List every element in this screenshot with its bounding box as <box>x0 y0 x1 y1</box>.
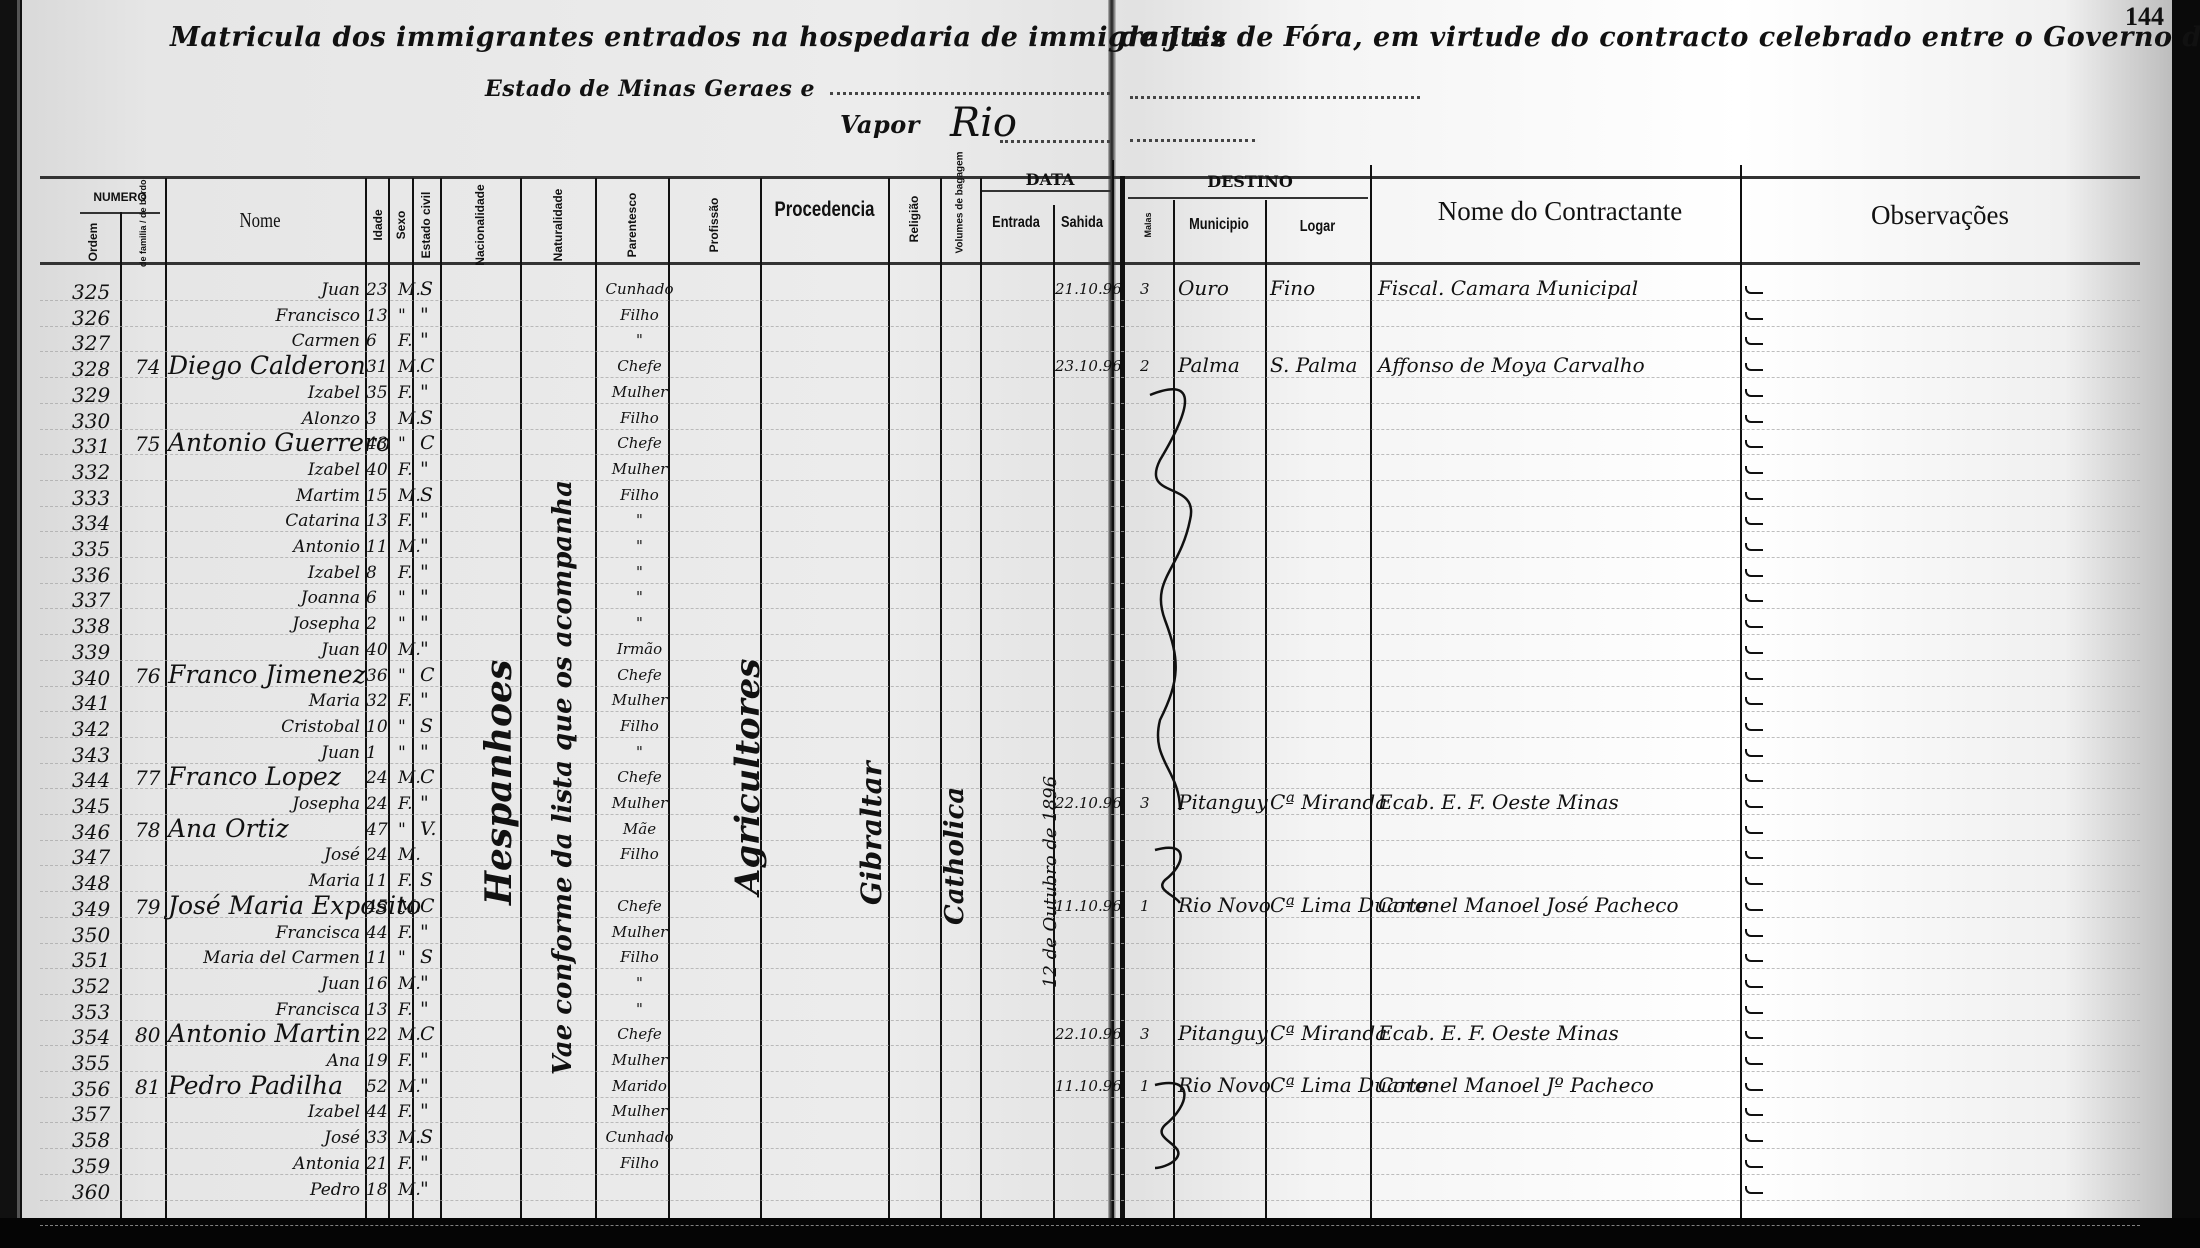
idade-cell: 13 <box>366 1002 392 1019</box>
header-parentesco: Parentesco <box>625 175 639 275</box>
check-mark-icon <box>1745 1134 1763 1142</box>
ordem-cell: 342 <box>72 719 110 739</box>
idade-cell: 21 <box>366 1156 392 1173</box>
estado-civil-cell: " <box>420 1000 440 1019</box>
page-left-edge <box>0 0 22 1248</box>
check-mark-icon <box>1745 1057 1763 1065</box>
sexo-cell: M. <box>398 770 418 787</box>
estado-civil-cell: V. <box>420 820 440 839</box>
nome-cell: Pedro <box>110 1182 360 1199</box>
header-bottom-rule <box>40 262 2140 265</box>
annotation-nacionalidade: Hespanhoes <box>478 660 520 905</box>
estado-civil-cell: S <box>420 1128 440 1147</box>
vapor-label: Vapor <box>840 110 920 139</box>
header-nacionalidade: Nacionalidade <box>473 175 487 275</box>
ordem-cell: 350 <box>72 925 110 945</box>
check-mark-icon <box>1745 1160 1763 1168</box>
estado-civil-cell: " <box>420 974 440 993</box>
parentesco-cell: " <box>602 616 677 631</box>
idade-cell: 40 <box>366 642 392 659</box>
idade-cell: 36 <box>366 668 392 685</box>
idade-cell: 19 <box>366 1053 392 1070</box>
sexo-cell: F. <box>398 693 418 710</box>
vapor-line-2 <box>1130 139 1255 142</box>
ordem-cell: 340 <box>72 668 110 688</box>
sahida-date-cell: 23.10.96 <box>1055 359 1122 374</box>
ordem-cell: 352 <box>72 976 110 996</box>
parentesco-cell: Chefe <box>602 770 677 785</box>
ruled-line <box>40 1225 2140 1226</box>
nome-cell: Francisco <box>110 308 360 325</box>
municipio-cell: Ouro <box>1178 278 1229 298</box>
sexo-cell: F. <box>398 513 418 530</box>
estado-civil-cell: " <box>420 1077 440 1096</box>
idade-cell: 2 <box>366 616 392 633</box>
sahida-date-cell: 11.10.96 <box>1055 899 1122 914</box>
estado-civil-cell: " <box>420 743 440 762</box>
parentesco-cell: Filho <box>602 950 677 965</box>
vapor-line <box>1000 140 1110 143</box>
sexo-cell: F. <box>398 385 418 402</box>
check-mark-icon <box>1745 1186 1763 1194</box>
nome-cell: Francisca <box>110 1002 360 1019</box>
parentesco-cell: " <box>602 590 677 605</box>
nome-cell: Alonzo <box>110 411 360 428</box>
check-mark-icon <box>1745 800 1763 808</box>
estado-civil-cell: S <box>420 717 440 736</box>
malas-cell: 1 <box>1140 1079 1150 1094</box>
logar-cell: Cª Miranda <box>1270 1023 1387 1043</box>
check-mark-icon <box>1745 415 1763 423</box>
ruled-line <box>40 865 2140 866</box>
ruled-line <box>40 557 2140 558</box>
ruled-line <box>40 1174 2140 1175</box>
parentesco-cell: Chefe <box>602 359 677 374</box>
ruled-line <box>40 326 2140 327</box>
estado-civil-cell: " <box>420 640 440 659</box>
idade-cell: 44 <box>366 925 392 942</box>
idade-cell: 33 <box>366 1130 392 1147</box>
header-logar: Logar <box>1276 218 1360 236</box>
parentesco-cell: Mulher <box>602 925 677 940</box>
col-divider <box>980 178 982 1218</box>
sexo-cell: F. <box>398 565 418 582</box>
nome-cell: Cristobal <box>110 719 360 736</box>
ordem-cell: 344 <box>72 770 110 790</box>
sexo-cell: F. <box>398 925 418 942</box>
check-mark-icon <box>1745 517 1763 525</box>
check-mark-icon <box>1745 1031 1763 1039</box>
sexo-cell: F. <box>398 796 418 813</box>
contractante-cell: Ecab. E. F. Oeste Minas <box>1378 1023 1619 1043</box>
check-mark-icon <box>1745 466 1763 474</box>
check-mark-icon <box>1745 851 1763 859</box>
check-mark-icon <box>1745 620 1763 628</box>
parentesco-cell: Filho <box>602 411 677 426</box>
header-sexo: Sexo <box>394 195 408 255</box>
familia-cell: 81 <box>135 1077 160 1097</box>
parentesco-cell: Filho <box>602 1156 677 1171</box>
check-mark-icon <box>1745 440 1763 448</box>
estado-civil-cell: " <box>420 1180 440 1199</box>
col-divider <box>1112 160 1114 1218</box>
parentesco-cell: Filho <box>602 847 677 862</box>
ordem-cell: 343 <box>72 745 110 765</box>
sexo-cell: " <box>398 308 418 325</box>
familia-cell: 75 <box>135 434 160 454</box>
familia-cell: 77 <box>135 768 160 788</box>
check-mark-icon <box>1745 286 1763 294</box>
header-naturalidade: Naturalidade <box>551 175 565 275</box>
col-divider <box>520 178 522 1218</box>
destino-subrule <box>1128 197 1368 199</box>
ordem-cell: 345 <box>72 796 110 816</box>
idade-cell: 13 <box>366 513 392 530</box>
ordem-cell: 327 <box>72 333 110 353</box>
idade-cell: 24 <box>366 770 392 787</box>
ruled-line <box>40 531 2140 532</box>
ruled-line <box>40 1122 2140 1123</box>
data-subrule <box>982 190 1112 192</box>
parentesco-cell: " <box>602 333 677 348</box>
check-mark-icon <box>1745 1108 1763 1116</box>
ordem-cell: 356 <box>72 1079 110 1099</box>
nome-cell: Francisca <box>110 925 360 942</box>
sexo-cell: F. <box>398 1053 418 1070</box>
header-volumes: Volumes de bagagem <box>955 174 966 254</box>
logar-cell: Cª Miranda <box>1270 792 1387 812</box>
parentesco-cell: Irmão <box>602 642 677 657</box>
check-mark-icon <box>1745 903 1763 911</box>
familia-cell: 80 <box>135 1025 160 1045</box>
ordem-cell: 347 <box>72 847 110 867</box>
nome-cell: Franco Jimenez <box>168 662 368 687</box>
ruled-line <box>40 583 2140 584</box>
sexo-cell: M. <box>398 411 418 428</box>
familia-cell: 79 <box>135 897 160 917</box>
nome-cell: Izabel <box>110 565 360 582</box>
page-bottom-edge <box>0 1218 2200 1248</box>
ruled-line <box>40 711 2140 712</box>
sexo-cell: F. <box>398 462 418 479</box>
sexo-cell: M. <box>398 1079 418 1096</box>
estado-civil-cell: " <box>420 383 440 402</box>
familia-cell: 78 <box>135 820 160 840</box>
ruled-line <box>40 943 2140 944</box>
nome-cell: Juan <box>110 282 360 299</box>
nome-cell: Izabel <box>110 1104 360 1121</box>
nome-cell: Antonia <box>110 1156 360 1173</box>
parentesco-cell: Chefe <box>602 668 677 683</box>
parentesco-cell: Cunhado <box>602 1130 677 1145</box>
check-mark-icon <box>1745 492 1763 500</box>
ordem-cell: 333 <box>72 488 110 508</box>
header-idade: Idade <box>371 195 385 255</box>
col-divider <box>888 178 890 1218</box>
ordem-cell: 357 <box>72 1104 110 1124</box>
estado-civil-cell: S <box>420 948 440 967</box>
nome-cell: Juan <box>110 642 360 659</box>
check-mark-icon <box>1745 569 1763 577</box>
estado-civil-cell: C <box>420 434 440 453</box>
estado-civil-cell: " <box>420 563 440 582</box>
check-mark-icon <box>1745 954 1763 962</box>
nome-cell: Ana <box>110 1053 360 1070</box>
ruled-line <box>40 480 2140 481</box>
nome-cell: Josepha <box>110 616 360 633</box>
idade-cell: 11 <box>366 539 392 556</box>
malas-cell: 2 <box>1140 359 1150 374</box>
sexo-cell: " <box>398 745 418 762</box>
parentesco-cell: " <box>602 745 677 760</box>
contractante-cell: Coronel Manoel Jº Pacheco <box>1378 1075 1654 1095</box>
nome-cell: Joanna <box>110 590 360 607</box>
sexo-cell: " <box>398 616 418 633</box>
parentesco-cell: " <box>602 513 677 528</box>
check-mark-icon <box>1745 389 1763 397</box>
ordem-cell: 336 <box>72 565 110 585</box>
sexo-cell: M. <box>398 1130 418 1147</box>
estado-civil-cell: " <box>420 1102 440 1121</box>
ruled-line <box>40 634 2140 635</box>
nome-cell: Izabel <box>110 462 360 479</box>
municipio-cell: Palma <box>1178 355 1240 375</box>
sexo-cell: M. <box>398 847 418 864</box>
estado-civil-cell: C <box>420 1025 440 1044</box>
col-divider <box>595 178 597 1218</box>
ordem-cell: 360 <box>72 1182 110 1202</box>
ordem-cell: 341 <box>72 693 110 713</box>
parentesco-cell: Mulher <box>602 693 677 708</box>
ruled-line <box>40 403 2140 404</box>
idade-cell: 31 <box>366 359 392 376</box>
header-sahida: Sahida <box>1059 214 1105 232</box>
nome-cell: Maria <box>110 693 360 710</box>
estado-civil-cell: " <box>420 588 440 607</box>
logar-cell: S. Palma <box>1270 355 1357 375</box>
idade-cell: 23 <box>366 282 392 299</box>
header-religiao: Religião <box>907 179 921 259</box>
parentesco-cell: Marido <box>602 1079 677 1094</box>
idade-cell: 11 <box>366 873 392 890</box>
ruled-line <box>40 608 2140 609</box>
estado-civil-cell: C <box>420 357 440 376</box>
idade-cell: 35 <box>366 385 392 402</box>
sexo-cell: M. <box>398 539 418 556</box>
nome-cell: Catarina <box>110 513 360 530</box>
check-mark-icon <box>1745 312 1763 320</box>
parentesco-cell: Filho <box>602 719 677 734</box>
idade-cell: 43 <box>366 436 392 453</box>
ordem-cell: 337 <box>72 590 110 610</box>
check-mark-icon <box>1745 543 1763 551</box>
col-divider <box>1265 200 1267 1218</box>
title-line1-left: Matricula dos immigrantes entrados na ho… <box>170 22 1227 53</box>
ordem-cell: 348 <box>72 873 110 893</box>
ditto-squiggle-icon <box>1150 1080 1200 1170</box>
parentesco-cell: " <box>602 1002 677 1017</box>
header-contractante: Nome do Contractante <box>1380 196 1740 227</box>
check-mark-icon <box>1745 929 1763 937</box>
nome-cell: Antonio Martin <box>168 1021 368 1046</box>
sexo-cell: M. <box>398 282 418 299</box>
nome-cell: Carmen <box>110 333 360 350</box>
idade-cell: 44 <box>366 1104 392 1121</box>
estado-civil-cell: " <box>420 537 440 556</box>
estado-civil-cell: " <box>420 691 440 710</box>
estado-civil-cell: " <box>420 1051 440 1070</box>
sexo-cell: M. <box>398 359 418 376</box>
ordem-cell: 339 <box>72 642 110 662</box>
parentesco-cell: " <box>602 976 677 991</box>
ruled-line <box>40 1200 2140 1201</box>
sexo-cell: " <box>398 436 418 453</box>
nome-cell: Franco Lopez <box>168 764 368 789</box>
idade-cell: 1 <box>366 745 392 762</box>
annotation-entrada-date: 12 de Outubro de 1896 <box>1040 776 1061 988</box>
col-divider <box>440 178 442 1218</box>
nome-cell: José <box>110 1130 360 1147</box>
header-data: DATA <box>990 170 1110 189</box>
header-numero: NUMERO <box>75 190 165 204</box>
ordem-cell: 325 <box>72 282 110 302</box>
header-familia: de familia / de bordo <box>138 207 148 267</box>
sahida-date-cell: 22.10.96 <box>1055 796 1122 811</box>
sexo-cell: F. <box>398 1156 418 1173</box>
estado-civil-cell: " <box>420 923 440 942</box>
header-destino: DESTINO <box>1150 172 1350 191</box>
check-mark-icon <box>1745 774 1763 782</box>
sexo-cell: " <box>398 590 418 607</box>
parentesco-cell: Filho <box>602 488 677 503</box>
idade-cell: 6 <box>366 333 392 350</box>
header-municipio: Municipio <box>1182 216 1256 234</box>
ruled-line <box>40 300 2140 301</box>
parentesco-cell: Mulher <box>602 1053 677 1068</box>
sexo-cell: " <box>398 822 418 839</box>
sexo-cell: M. <box>398 488 418 505</box>
malas-cell: 3 <box>1140 1027 1150 1042</box>
nome-cell: Diego Calderon <box>168 353 368 378</box>
annotation-religiao: Catholica <box>940 787 970 925</box>
nome-cell: Juan <box>110 976 360 993</box>
estado-civil-cell: S <box>420 280 440 299</box>
ordem-cell: 338 <box>72 616 110 636</box>
title-line1-right: de Juiz de Fóra, em virtude do contracto… <box>1120 22 2200 53</box>
check-mark-icon <box>1745 672 1763 680</box>
nome-cell: Antonio Guerrero <box>168 430 368 455</box>
sexo-cell: M. <box>398 976 418 993</box>
header-procedencia: Procedencia <box>775 198 875 222</box>
ruled-line <box>40 1148 2140 1149</box>
ordem-cell: 353 <box>72 1002 110 1022</box>
header-observacoes: Observações <box>1750 200 2130 231</box>
parentesco-cell: Chefe <box>602 436 677 451</box>
contractante-cell: Ecab. E. F. Oeste Minas <box>1378 792 1619 812</box>
nome-cell: José Maria Exposito <box>168 893 368 918</box>
idade-cell: 16 <box>366 976 392 993</box>
idade-cell: 47 <box>366 822 392 839</box>
estado-civil-cell: C <box>420 897 440 916</box>
ruled-line <box>40 737 2140 738</box>
check-mark-icon <box>1745 1083 1763 1091</box>
idade-cell: 6 <box>366 590 392 607</box>
header-estado-civil: Estado civil <box>419 185 433 265</box>
nome-cell: Pedro Padilha <box>168 1073 368 1098</box>
ditto-squiggle-icon <box>1150 845 1200 905</box>
ordem-cell: 326 <box>72 308 110 328</box>
parentesco-cell: Mulher <box>602 385 677 400</box>
idade-cell: 13 <box>366 308 392 325</box>
check-mark-icon <box>1745 337 1763 345</box>
nome-cell: Josepha <box>110 796 360 813</box>
ordem-cell: 355 <box>72 1053 110 1073</box>
estado-civil-cell: S <box>420 871 440 890</box>
parentesco-cell: Chefe <box>602 1027 677 1042</box>
parentesco-cell: Mulher <box>602 796 677 811</box>
page-number: 144 <box>2125 2 2164 32</box>
ordem-cell: 328 <box>72 359 110 379</box>
sexo-cell: M. <box>398 1027 418 1044</box>
idade-cell: 22 <box>366 1027 392 1044</box>
estado-civil-cell: C <box>420 666 440 685</box>
idade-cell: 40 <box>366 462 392 479</box>
ordem-cell: 346 <box>72 822 110 842</box>
parentesco-cell: Cunhado <box>602 282 677 297</box>
idade-cell: 8 <box>366 565 392 582</box>
sexo-cell: F. <box>398 333 418 350</box>
nome-cell: Izabel <box>110 385 360 402</box>
parentesco-cell: Mulher <box>602 462 677 477</box>
ordem-cell: 334 <box>72 513 110 533</box>
sexo-cell: M. <box>398 899 418 916</box>
check-mark-icon <box>1745 697 1763 705</box>
estado-civil-cell: C <box>420 768 440 787</box>
estado-civil-cell: " <box>420 511 440 530</box>
col-divider <box>1370 165 1372 1218</box>
idade-cell: 52 <box>366 1079 392 1096</box>
contractante-cell: Fiscal. Camara Municipal <box>1378 278 1638 298</box>
check-mark-icon <box>1745 646 1763 654</box>
check-mark-icon <box>1745 594 1763 602</box>
title-blank-line <box>830 92 1110 95</box>
idade-cell: 11 <box>366 950 392 967</box>
nome-cell: Antonio <box>110 539 360 556</box>
nome-cell: Juan <box>110 745 360 762</box>
familia-cell: 76 <box>135 666 160 686</box>
parentesco-cell: " <box>602 565 677 580</box>
check-mark-icon <box>1745 749 1763 757</box>
col-divider <box>940 178 942 1218</box>
nome-cell: Ana Ortiz <box>168 816 368 841</box>
annotation-naturalidade: Vae conforme da lista que os acompanha <box>548 480 578 1075</box>
sexo-cell: " <box>398 719 418 736</box>
ordem-cell: 349 <box>72 899 110 919</box>
idade-cell: 24 <box>366 796 392 813</box>
parentesco-cell: Mãe <box>602 822 677 837</box>
nome-cell: Martim <box>110 488 360 505</box>
estado-civil-cell: " <box>420 306 440 325</box>
idade-cell: 3 <box>366 411 392 428</box>
ordem-cell: 331 <box>72 436 110 456</box>
sexo-cell: M. <box>398 642 418 659</box>
logar-cell: Fino <box>1270 278 1315 298</box>
familia-cell: 74 <box>135 357 160 377</box>
col-divider-thick <box>1120 176 1125 1218</box>
idade-cell: 32 <box>366 693 392 710</box>
sexo-cell: F. <box>398 873 418 890</box>
parentesco-cell: " <box>602 539 677 554</box>
